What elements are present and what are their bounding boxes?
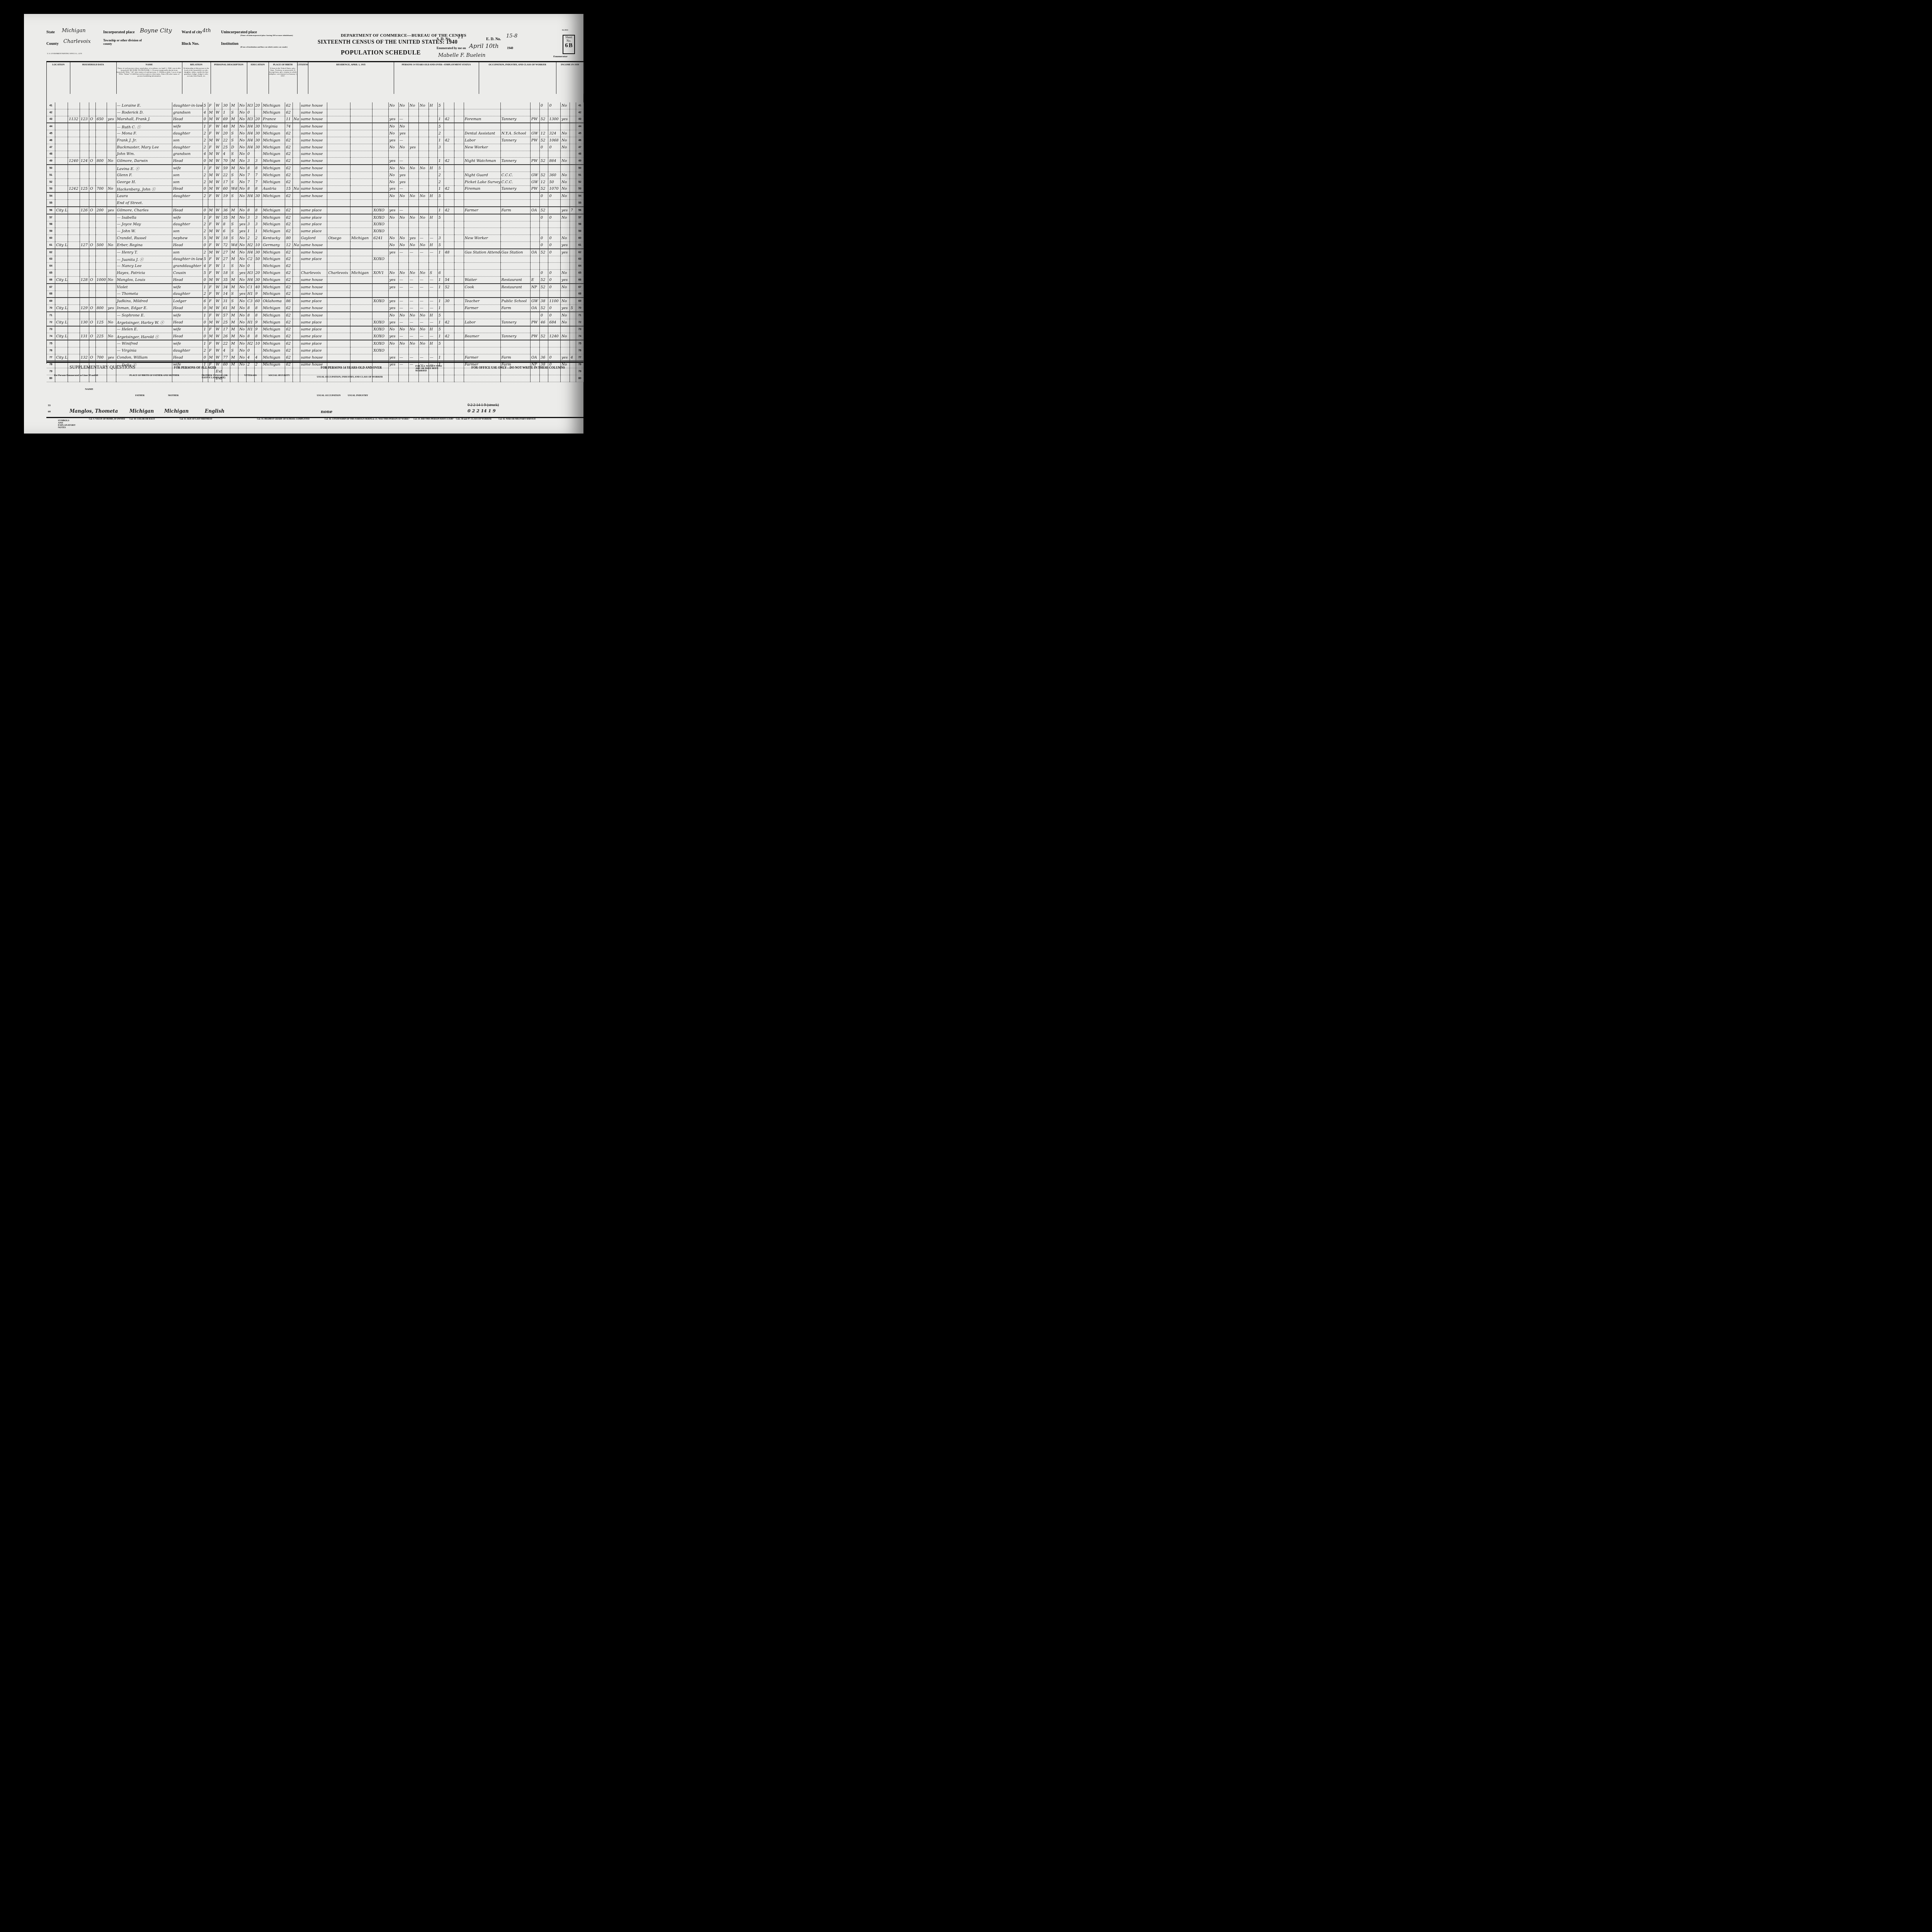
cell-res-county	[327, 123, 350, 130]
supp-office: FOR OFFICE USE ONLY—DO NOT WRITE IN THES…	[471, 366, 565, 369]
cell-marital: S	[230, 270, 238, 277]
cell-occupation	[464, 200, 500, 207]
cell-res-city: same place	[300, 326, 327, 333]
cell-col22	[398, 347, 408, 354]
cell-race: W	[215, 228, 222, 235]
cell-code: 5	[202, 102, 208, 109]
cell-farm-sched: 7	[570, 207, 576, 214]
cell-house: 1240	[68, 158, 80, 165]
cell-race: W	[215, 347, 222, 354]
cell-race	[215, 200, 222, 207]
cell-col26: 1	[437, 249, 444, 256]
cell-grade: H4	[247, 123, 254, 130]
cell-age: 35	[222, 276, 230, 283]
cell-col23	[409, 151, 419, 158]
cell-fam	[80, 256, 89, 263]
cell-code: 2	[202, 221, 208, 228]
cell-grade: H2	[247, 340, 254, 347]
cell-wks	[540, 347, 548, 354]
cell-farm35	[372, 241, 388, 248]
cell-industry	[500, 144, 530, 151]
cell-own	[89, 179, 96, 185]
cell-relation: Head	[172, 354, 202, 361]
cell-code: 2	[202, 137, 208, 144]
cell-value: 800	[95, 305, 107, 312]
cell-age: 27	[222, 249, 230, 256]
cell-name: — Virginia	[116, 347, 172, 354]
table-row: 45— Mona F.daughter2FW20SNoH430Michigan6…	[47, 130, 584, 137]
cell-col25	[429, 200, 438, 207]
cell-farm	[107, 221, 116, 228]
supp-mother-68: Michigan	[164, 408, 189, 414]
cell-line: 65	[47, 270, 55, 277]
cell-age: 72	[222, 241, 230, 248]
cell-occupation	[464, 263, 500, 270]
cell-hours	[444, 102, 454, 109]
cell-res-city: same house	[300, 241, 327, 248]
cell-house	[68, 179, 80, 185]
cell-res-state: Michigan	[350, 270, 372, 277]
cell-line: 50	[47, 165, 55, 172]
cell-marital: Wd	[230, 185, 238, 192]
cell-wks: 52	[540, 284, 548, 291]
cell-sex: M	[208, 185, 215, 192]
cell-wages	[548, 109, 561, 116]
cell-col22: —	[398, 158, 408, 165]
cell-fam	[80, 200, 89, 207]
cell-relation: Head	[172, 116, 202, 123]
cell-fam	[80, 102, 89, 109]
cell-farm-sched	[570, 291, 576, 298]
cell-fam	[80, 347, 89, 354]
cell-col23	[409, 291, 419, 298]
cell-industry	[500, 256, 530, 263]
cell-sex: M	[208, 235, 215, 242]
cell-farm	[107, 165, 116, 172]
cell-line: 72	[576, 319, 584, 326]
cell-col25	[429, 151, 438, 158]
cell-marital	[230, 200, 238, 207]
cell-line: 63	[47, 256, 55, 263]
cell-bcode: 7	[254, 179, 262, 185]
cell-col24: —	[419, 298, 429, 304]
cell-hours	[444, 241, 454, 248]
cell-col21: No	[388, 235, 398, 242]
cell-race: W	[215, 158, 222, 165]
cell-sex: M	[208, 151, 215, 158]
cell-col21: No	[388, 123, 398, 130]
cell-res-city: same house	[300, 291, 327, 298]
cell-weeks-unemp	[454, 312, 464, 319]
cell-hours	[444, 291, 454, 298]
cell-value: 700	[95, 354, 107, 361]
cell-col24: No	[419, 312, 429, 319]
cell-fam	[80, 228, 89, 235]
cell-col21: yes	[388, 185, 398, 192]
cell-relation: daughter	[172, 291, 202, 298]
institution-label: Institution	[221, 42, 238, 46]
cell-col25	[429, 158, 438, 165]
cell-relation	[172, 200, 202, 207]
cell-other-income	[561, 109, 570, 116]
cell-race: W	[215, 276, 222, 283]
cell-res-state	[350, 354, 372, 361]
cell-code: 2	[202, 172, 208, 179]
cell-col26: 5	[437, 326, 444, 333]
cell-hours	[444, 263, 454, 270]
cell-hours: 42	[444, 158, 454, 165]
cell-street	[55, 340, 68, 347]
cell-name: Argetsinger, Harold ⓧ	[116, 333, 172, 340]
cell-industry: Tannery	[500, 137, 530, 144]
cell-res-state	[350, 241, 372, 248]
cell-fam	[80, 130, 89, 137]
table-row: 61City Limits127O500NoErber, ReginaHead0…	[47, 241, 584, 248]
cell-line: 75	[576, 340, 584, 347]
cell-res-state	[350, 123, 372, 130]
cell-name: — Loraine E.	[116, 102, 172, 109]
cell-relation: Cousin	[172, 270, 202, 277]
cell-other-income: No	[561, 137, 570, 144]
cell-race: W	[215, 340, 222, 347]
cell-col23	[409, 200, 419, 207]
cell-col23: —	[409, 333, 419, 340]
cell-col22: —	[398, 116, 408, 123]
cell-house	[68, 200, 80, 207]
cell-fam	[80, 221, 89, 228]
cell-value	[95, 326, 107, 333]
cell-occupation: Farmer	[464, 305, 500, 312]
cell-col24: No	[419, 165, 429, 172]
cell-age: 60	[222, 185, 230, 192]
cell-marital: M	[230, 165, 238, 172]
cell-fam: 123	[80, 116, 89, 123]
cell-value: 800	[95, 158, 107, 165]
cell-school: No	[238, 340, 247, 347]
cell-res-city: same house	[300, 276, 327, 283]
supp-subtitle: For Persons Enumerated on Lines 55 and 6…	[54, 374, 98, 377]
note-at-work: Col. 21. WAS THIS PERSON AT WORK?	[371, 418, 409, 420]
unincorporated-label: Unincorporated place	[221, 30, 257, 34]
cell-col26: 1	[437, 305, 444, 312]
cell-other-income: yes	[561, 249, 570, 256]
cell-farm-sched	[570, 214, 576, 221]
cell-age: 14	[222, 291, 230, 298]
cell-race: W	[215, 270, 222, 277]
cell-street	[55, 263, 68, 270]
cell-house	[68, 256, 80, 263]
cell-res-city: same place	[300, 207, 327, 214]
cell-farm	[107, 137, 116, 144]
cell-marital: M	[230, 305, 238, 312]
cell-class: GW	[530, 172, 539, 179]
cell-own	[89, 228, 96, 235]
cell-bcode: 3	[254, 221, 262, 228]
cell-cit	[293, 165, 300, 172]
cell-wks: 0	[540, 270, 548, 277]
cell-value: 700	[95, 185, 107, 192]
cell-line: 77	[576, 354, 584, 361]
cell-cit	[293, 276, 300, 283]
cell-house	[68, 305, 80, 312]
cell-hours: 54	[444, 276, 454, 283]
cell-occupation: New Worker	[464, 235, 500, 242]
cell-hours	[444, 221, 454, 228]
cell-farm	[107, 144, 116, 151]
cell-bcode: 40	[254, 284, 262, 291]
cell-class: PW	[530, 319, 539, 326]
cell-line: 46	[47, 137, 55, 144]
cell-col24: No	[419, 102, 429, 109]
cell-age: 59	[222, 165, 230, 172]
cell-birthplace: Michigan	[262, 333, 285, 340]
cell-class	[530, 123, 539, 130]
cell-bcode: 30	[254, 123, 262, 130]
cell-sex: M	[208, 137, 215, 144]
cell-own: O	[89, 276, 96, 283]
cell-res-county	[327, 151, 350, 158]
cell-col22	[398, 151, 408, 158]
cell-industry	[500, 263, 530, 270]
cell-school: yes	[238, 228, 247, 235]
cell-occupation: Foreman	[464, 116, 500, 123]
cell-name: — Winifred	[116, 340, 172, 347]
cell-other-income	[561, 228, 570, 235]
cell-col26: 5	[437, 312, 444, 319]
cell-farm	[107, 102, 116, 109]
cell-other-income	[561, 291, 570, 298]
cell-res-county	[327, 130, 350, 137]
cell-house	[68, 207, 80, 214]
cell-name: Marshall, Frank J.	[116, 116, 172, 123]
cell-grade: C1	[247, 284, 254, 291]
cell-wks	[540, 165, 548, 172]
cell-col26	[437, 151, 444, 158]
cell-class: OA	[530, 249, 539, 256]
cell-weeks-unemp	[454, 214, 464, 221]
table-row: 73— Helen E.wife1FW17MNoH19Michigan62sam…	[47, 326, 584, 333]
cell-race: W	[215, 102, 222, 109]
cell-weeks-unemp	[454, 298, 464, 304]
cell-res-county	[327, 109, 350, 116]
cell-house	[68, 326, 80, 333]
cell-own: O	[89, 241, 96, 248]
cell-wages	[548, 151, 561, 158]
cell-code: 2	[202, 192, 208, 199]
cell-line: 59	[576, 228, 584, 235]
cell-class	[530, 263, 539, 270]
cell-pcode: 62	[285, 158, 293, 165]
cell-col25	[429, 130, 438, 137]
cell-name: Inman, Edgar E.	[116, 305, 172, 312]
table-row: 491240124O800NoGilmore, DarwinHead0MW70M…	[47, 158, 584, 165]
cell-col21: yes	[388, 305, 398, 312]
cell-cit	[293, 228, 300, 235]
cell-col26: 2	[437, 179, 444, 185]
cell-weeks-unemp	[454, 151, 464, 158]
cell-wages	[548, 165, 561, 172]
cell-sex: F	[208, 241, 215, 248]
cell-res-county	[327, 333, 350, 340]
cell-farm35	[372, 116, 388, 123]
cell-marital: M	[230, 319, 238, 326]
cell-res-state	[350, 109, 372, 116]
cell-farm-sched	[570, 172, 576, 179]
cell-farm35	[372, 158, 388, 165]
block-label: Block Nos.	[182, 42, 199, 46]
cell-col26: 1	[437, 207, 444, 214]
cell-col26: 5	[437, 123, 444, 130]
cell-age: 4	[222, 347, 230, 354]
cell-street	[55, 228, 68, 235]
cell-farm35: XOXO	[372, 207, 388, 214]
incorporated-place-value: Boyne City	[140, 27, 172, 34]
cell-col25	[429, 221, 438, 228]
supp-usual-ind-label: USUAL INDUSTRY	[348, 395, 368, 397]
cell-value	[95, 298, 107, 304]
cell-occupation	[464, 241, 500, 248]
cell-name: — Sophrone E.	[116, 312, 172, 319]
cell-res-county	[327, 298, 350, 304]
cell-wages: 0	[548, 276, 561, 283]
cell-col24	[419, 185, 429, 192]
cell-marital: S	[230, 137, 238, 144]
cell-col23: —	[409, 276, 419, 283]
cell-res-county	[327, 185, 350, 192]
cell-res-state	[350, 340, 372, 347]
cell-col21	[388, 256, 398, 263]
cell-farm	[107, 312, 116, 319]
cell-sex: F	[208, 221, 215, 228]
cell-name: George H.	[116, 179, 172, 185]
cell-line: 51	[47, 172, 55, 179]
cell-col21: yes	[388, 354, 398, 361]
cell-marital: S	[230, 235, 238, 242]
cell-line: 61	[47, 241, 55, 248]
cell-bcode: 30	[254, 276, 262, 283]
cell-birthplace: Michigan	[262, 151, 285, 158]
ward-value: 4th	[202, 28, 211, 34]
cell-age: 27	[222, 256, 230, 263]
cell-col25	[429, 116, 438, 123]
cell-res-county	[327, 179, 350, 185]
cell-grade: H4	[247, 276, 254, 283]
cell-name: — Henry T.	[116, 249, 172, 256]
cell-farm-sched	[570, 263, 576, 270]
cell-col21	[388, 109, 398, 116]
cell-hours	[444, 179, 454, 185]
cell-school: No	[238, 305, 247, 312]
supp-veterans: VETERANS	[244, 374, 257, 377]
cell-line: 72	[47, 319, 55, 326]
cell-pcode: 62	[285, 130, 293, 137]
cell-pcode: 62	[285, 179, 293, 185]
cell-line: 70	[576, 305, 584, 312]
cell-industry: Farm	[500, 305, 530, 312]
cell-wages: 360	[548, 172, 561, 179]
cell-bcode: 2	[254, 235, 262, 242]
cell-house	[68, 172, 80, 179]
cell-res-state	[350, 165, 372, 172]
cell-cit	[293, 109, 300, 116]
cell-col22	[398, 109, 408, 116]
cell-street	[55, 347, 68, 354]
cell-res-city: same house	[300, 109, 327, 116]
cell-col22: No	[398, 270, 408, 277]
cell-col25	[429, 207, 438, 214]
cell-birthplace: Michigan	[262, 214, 285, 221]
cell-pcode: 62	[285, 276, 293, 283]
table-row: 51Glenn F.son2MW22SNo77Michigan62same ho…	[47, 172, 584, 179]
cell-cit: Na	[293, 116, 300, 123]
cell-col23	[409, 158, 419, 165]
cell-farm-sched	[570, 284, 576, 291]
cell-marital: S	[230, 263, 238, 270]
cell-farm35: XOXO	[372, 319, 388, 326]
cell-relation: Head	[172, 333, 202, 340]
cell-birthplace: Michigan	[262, 276, 285, 283]
cell-house	[68, 221, 80, 228]
cell-col23: —	[409, 319, 419, 326]
cell-name: Crandel, Russel	[116, 235, 172, 242]
cell-bcode: 8	[254, 207, 262, 214]
cell-cit	[293, 249, 300, 256]
cell-sex: M	[208, 158, 215, 165]
cell-street	[55, 312, 68, 319]
cell-wages: 864	[548, 158, 561, 165]
cell-wks: 0	[540, 312, 548, 319]
cell-race: W	[215, 151, 222, 158]
cell-line: 60	[576, 235, 584, 242]
cell-value	[95, 263, 107, 270]
cell-occupation: Farmer	[464, 354, 500, 361]
cell-farm35: 6241	[372, 235, 388, 242]
cell-name: Condon, William	[116, 354, 172, 361]
cell-fam: 132	[80, 354, 89, 361]
cell-occupation: Beamer	[464, 333, 500, 340]
cell-col26: 5	[437, 241, 444, 248]
cell-other-income: No	[561, 192, 570, 199]
supp-social-security: SOCIAL SECURITY	[269, 374, 290, 377]
cell-house	[68, 228, 80, 235]
cell-other-income: No	[561, 333, 570, 340]
cell-res-state	[350, 263, 372, 270]
cell-sex: M	[208, 276, 215, 283]
cell-birthplace: Michigan	[262, 192, 285, 199]
cell-col24	[419, 151, 429, 158]
cell-col21	[388, 291, 398, 298]
table-row: 70City Limits129O800yesInman, Edgar E.He…	[47, 305, 584, 312]
cell-bcode: 8	[254, 305, 262, 312]
cell-col23: No	[409, 102, 419, 109]
cell-farm-sched	[570, 241, 576, 248]
cell-pcode: 62	[285, 270, 293, 277]
cell-fam: 126	[80, 207, 89, 214]
cell-pcode: 74	[285, 123, 293, 130]
cell-line: 50	[576, 165, 584, 172]
cell-line: 68	[47, 291, 55, 298]
cell-col21: No	[388, 270, 398, 277]
cell-birthplace: Michigan	[262, 340, 285, 347]
cell-grade	[247, 200, 254, 207]
cell-col22: —	[398, 354, 408, 361]
cell-col22: —	[398, 284, 408, 291]
cell-age: 30	[222, 102, 230, 109]
cell-own: O	[89, 305, 96, 312]
sd-label: S. D. No.	[437, 37, 451, 41]
cell-col24: —	[419, 235, 429, 242]
cell-col25: —	[429, 249, 438, 256]
